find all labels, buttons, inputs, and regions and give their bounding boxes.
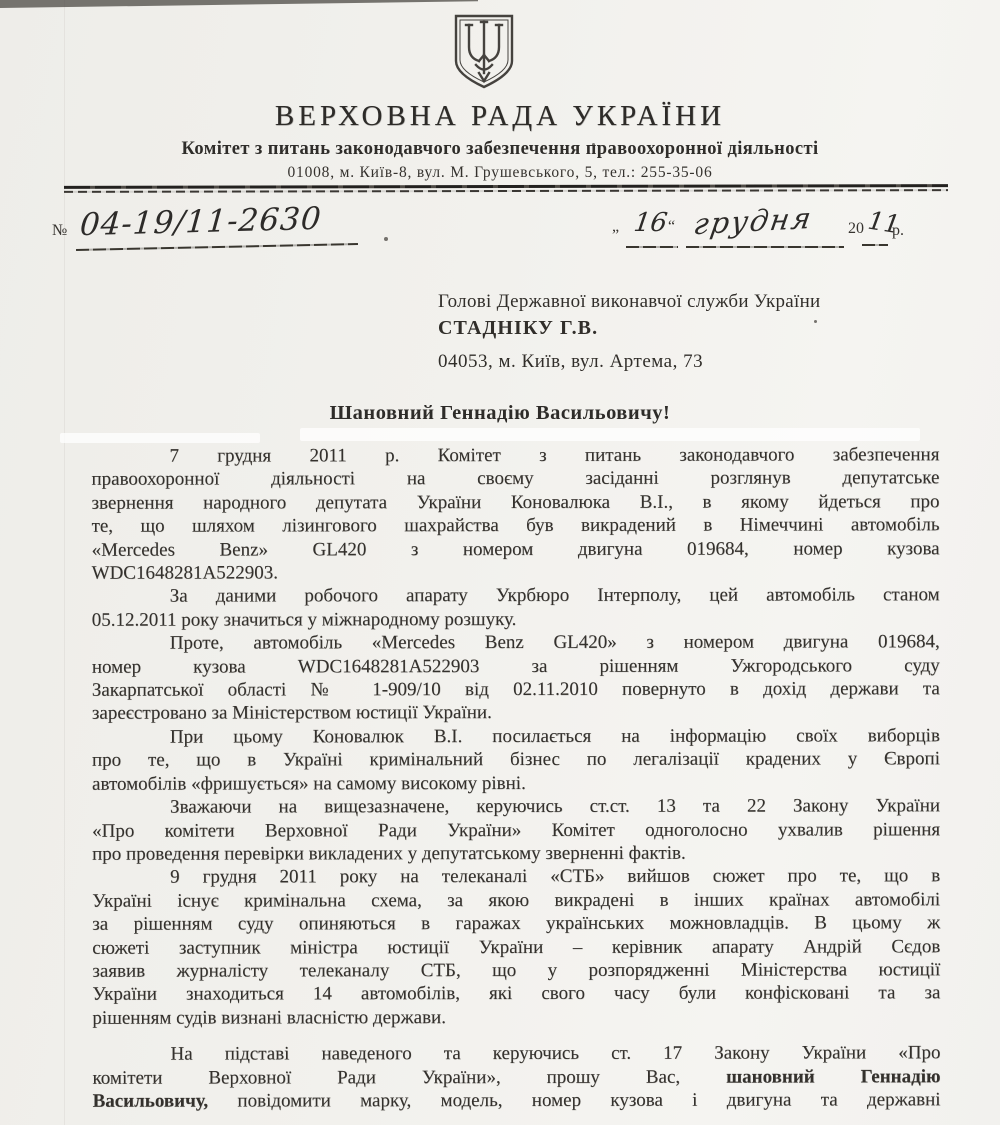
paragraph: 7 грудня 2011 р. Комітет з питань законо… (91, 443, 939, 585)
body-line: За даними робочого апарату Укрбюро Інтер… (92, 584, 940, 609)
paragraph: За даними робочого апарату Укрбюро Інтер… (92, 584, 940, 632)
paragraph: При цьому Коновалюк В.І. посилається на … (92, 724, 940, 796)
scan-white-patch (60, 433, 260, 443)
body-line: номер кузова WDC1648281A522903 за рішенн… (92, 654, 940, 679)
body-line: Зважаючи на вищезазначене, керуючись ст.… (92, 794, 940, 819)
committee-name: Комітет з питань законодавчого забезпече… (0, 139, 1000, 160)
scan-edge-artifact (0, 0, 478, 8)
body-line: про проведення перевірки викладених у де… (92, 841, 940, 866)
body-line: автомобілів «фришується» на самому висок… (92, 771, 940, 796)
recipient-block: Голові Державної виконавчої служби Украї… (438, 291, 821, 373)
date-day-underline (626, 246, 678, 248)
recipient-address: 04053, м. Київ, вул. Артема, 73 (438, 351, 821, 373)
salutation: Шановний Геннадію Васильовичу! (0, 402, 1000, 425)
body-line-segment-bold: Васильовичу, (93, 1091, 209, 1112)
date-month-handwritten: грудня (691, 201, 815, 242)
body-line: 7 грудня 2011 р. Комітет з питань законо… (91, 443, 939, 468)
scanned-letter-page: ВЕРХОВНА РАДА УКРАЇНИ Комітет з питань з… (0, 0, 1000, 1125)
date-year-underline (862, 244, 888, 246)
body-line-segment: комітети Верховної Ради України», прошу … (93, 1066, 681, 1088)
body-line: рішенням судів визнані власністю держави… (92, 1005, 940, 1030)
recipient-name: СТАДНІКУ Г.В. (438, 317, 821, 340)
body-line: за рішенням суду опиняються в гаражах ук… (92, 911, 940, 936)
body-line: Проте, автомобіль «Mercedes Benz GL420» … (92, 631, 940, 656)
letterhead-divider (64, 184, 948, 194)
body-line-segment: повідомити марку, модель, номер кузова і… (237, 1089, 940, 1111)
date-month-underline (686, 246, 844, 248)
reference-row: № 04-19/11-2630 „ 16 “ грудня 20 11 р. (0, 198, 1000, 258)
body-line: Україні існує кримінальна схема, за якою… (92, 888, 940, 913)
paragraph: Зважаючи на вищезазначене, керуючись ст.… (92, 794, 940, 866)
date-close-quote: “ (668, 218, 675, 236)
body-line: «Про комітети Верховної Ради України» Ко… (92, 818, 940, 843)
paragraph: Проте, автомобіль «Mercedes Benz GL420» … (92, 631, 940, 726)
scan-white-patch (300, 428, 920, 441)
body-line: про те, що в Україні кримінальний бізнес… (92, 748, 940, 773)
body-line: Васильовичу, повідомити марку, модель, н… (93, 1088, 941, 1113)
body-line: заявив журналісту телеканалу СТБ, що у р… (92, 958, 940, 983)
body-line: 9 грудня 2011 року на телеканалі «СТБ» в… (92, 865, 940, 890)
body-line: України знаходиться 14 автомобілів, які … (92, 982, 940, 1007)
date-open-quote: „ (612, 218, 619, 236)
paragraph: На підставі наведеного та керуючись ст. … (92, 1041, 940, 1113)
body-line: те, що шляхом лізингового шахрайства був… (92, 513, 940, 538)
body-line: Закарпатської області № 1-909/10 від 02.… (92, 677, 940, 702)
body-line: звернення народного депутата України Кон… (91, 490, 939, 515)
date-era-label: р. (892, 222, 904, 240)
body-line-segment-bold: шановний Геннадію (726, 1066, 940, 1087)
trident-coat-of-arms-icon (452, 13, 516, 91)
body-line: правоохоронної діяльності на своєму засі… (91, 467, 939, 492)
body-line: WDC1648281A522903. (92, 560, 940, 585)
org-address: 01008, м. Київ-8, вул. М. Грушевського, … (0, 164, 1000, 182)
body-line: 05.12.2011 року значиться у міжнародному… (92, 607, 940, 632)
body-line: зареєстровано за Міністерством юстиції У… (92, 701, 940, 726)
ref-number-label: № (52, 222, 67, 240)
date-day-handwritten: 16 (632, 208, 669, 238)
org-title: ВЕРХОВНА РАДА УКРАЇНИ (0, 100, 1000, 133)
body-line: комітети Верховної Ради України», прошу … (93, 1065, 941, 1090)
ref-number-handwritten: 04-19/11-2630 (79, 201, 323, 243)
ref-number-underline (76, 243, 358, 251)
body-line: сюжеті заступник міністра юстиції Україн… (92, 935, 940, 960)
paragraph: 9 грудня 2011 року на телеканалі «СТБ» в… (92, 865, 940, 1030)
recipient-position: Голові Державної виконавчої служби Украї… (438, 291, 821, 313)
body-line: «Mercedes Benz» GL420 з номером двигуна … (92, 537, 940, 562)
body-line: При цьому Коновалюк В.І. посилається на … (92, 724, 940, 749)
body-line: На підставі наведеного та керуючись ст. … (92, 1041, 940, 1066)
date-year-prefix: 20 (848, 220, 864, 238)
letter-body: 7 грудня 2011 р. Комітет з питань законо… (91, 443, 940, 1113)
